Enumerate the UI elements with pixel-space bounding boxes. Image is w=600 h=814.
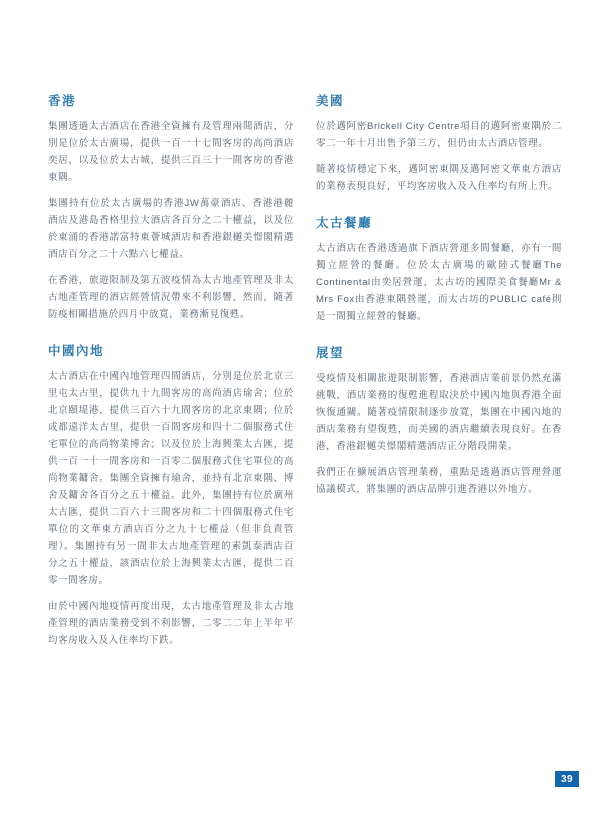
section-usa: 美國 位於邁阿密Brickell City Centre項目的邁阿密東隅於二零二…	[316, 94, 562, 195]
page-content: 香港 集團透過太古酒店在香港全資擁有及管理兩間酒店，分別是位於太古廣場，提供一百…	[48, 94, 562, 670]
paragraph-usa-1: 位於邁阿密Brickell City Centre項目的邁阿密東隅於二零二一年十…	[316, 118, 562, 152]
paragraph-chinese-mainland-1: 太古酒店在中國內地管理四間酒店，分別是位於北京三里屯太古里，提供九十九間客房的高…	[48, 368, 294, 589]
page-number-badge: 39	[555, 771, 579, 787]
heading-chinese-mainland: 中國內地	[48, 344, 294, 358]
paragraph-hong-kong-3: 在香港，旅遊限制及第五波疫情為太古地產管理及非太古地產管理的酒店經營情況帶來不利…	[48, 272, 294, 323]
section-outlook: 展望 受疫情及相關旅遊限制影響，香港酒店業前景仍然充滿挑戰，酒店業務的復甦進程取…	[316, 346, 562, 498]
section-swire-restaurants: 太古餐廳 太古酒店在香港透過旗下酒店營運多間餐廳，亦有一間獨立經營的餐廳。位於太…	[316, 216, 562, 325]
heading-swire-restaurants: 太古餐廳	[316, 216, 562, 230]
section-hong-kong: 香港 集團透過太古酒店在香港全資擁有及管理兩間酒店，分別是位於太古廣場，提供一百…	[48, 94, 294, 323]
paragraph-hong-kong-1: 集團透過太古酒店在香港全資擁有及管理兩間酒店，分別是位於太古廣場，提供一百一十七…	[48, 118, 294, 186]
paragraph-chinese-mainland-2: 由於中國內地疫情再度出現，太古地產管理及非太古地產管理的酒店業務受到不利影響，二…	[48, 598, 294, 649]
paragraph-swire-restaurants-1: 太古酒店在香港透過旗下酒店營運多間餐廳，亦有一間獨立經營的餐廳。位於太古廣場的歐…	[316, 240, 562, 325]
paragraph-outlook-1: 受疫情及相關旅遊限制影響，香港酒店業前景仍然充滿挑戰，酒店業務的復甦進程取決於中…	[316, 370, 562, 455]
heading-hong-kong: 香港	[48, 94, 294, 108]
paragraph-hong-kong-2: 集團持有位於太古廣場的香港JW萬豪酒店、香港港麗酒店及港島香格里拉大酒店各百分之…	[48, 195, 294, 263]
paragraph-outlook-2: 我們正在擴展酒店管理業務，重點是透過酒店管理營運協議模式，將集團的酒店品牌引進香…	[316, 464, 562, 498]
document-page: 香港 集團透過太古酒店在香港全資擁有及管理兩間酒店，分別是位於太古廣場，提供一百…	[0, 0, 600, 814]
section-chinese-mainland: 中國內地 太古酒店在中國內地管理四間酒店，分別是位於北京三里屯太古里，提供九十九…	[48, 344, 294, 649]
column-left: 香港 集團透過太古酒店在香港全資擁有及管理兩間酒店，分別是位於太古廣場，提供一百…	[48, 94, 294, 670]
column-right: 美國 位於邁阿密Brickell City Centre項目的邁阿密東隅於二零二…	[316, 94, 562, 670]
heading-outlook: 展望	[316, 346, 562, 360]
heading-usa: 美國	[316, 94, 562, 108]
paragraph-usa-2: 隨著疫情穩定下來，邁阿密東隅及邁阿密文華東方酒店的業務表現良好，平均客房收入及入…	[316, 161, 562, 195]
